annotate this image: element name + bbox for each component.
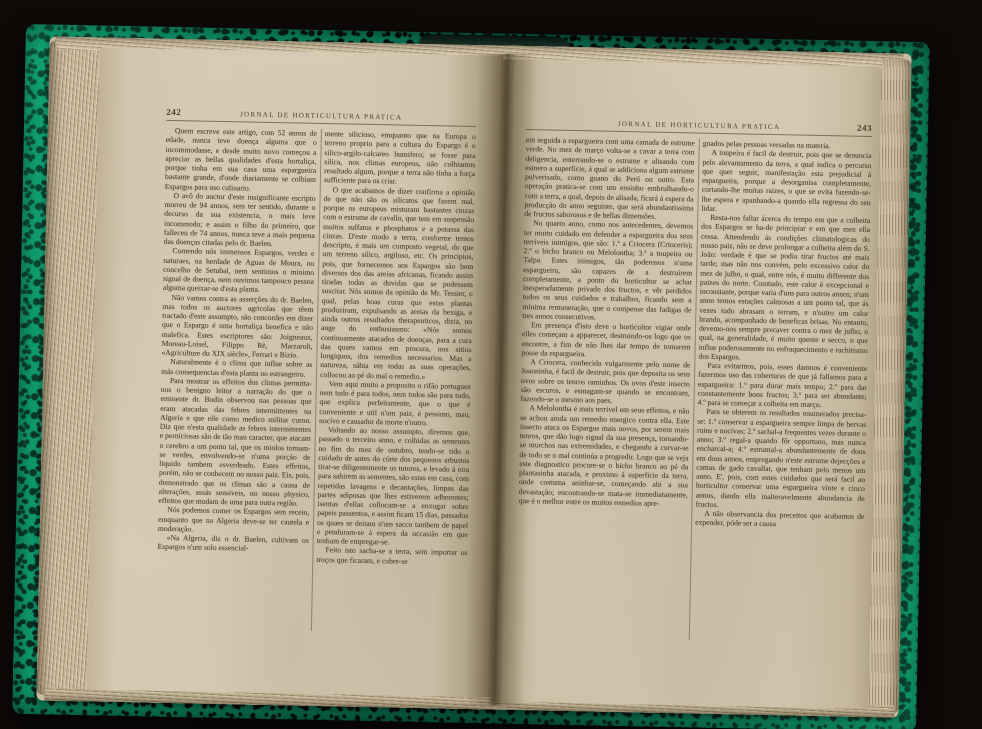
left-column-2: mente silicioso, emquanto que na Europa … [315, 129, 476, 634]
right-column-2: goados pelas pessoas versadas na materia… [693, 139, 872, 644]
paragraph: mente silicioso, emquanto que na Europa … [324, 129, 476, 188]
paragraph: O avô do auctor d'este insignificante es… [164, 191, 316, 250]
paragraph: Feito isto sacha-se a terra, sem importa… [316, 545, 467, 567]
right-page-columns: em seguida a espargueira com uma camada … [516, 135, 872, 644]
right-page: JORNAL DE HORTICULTURA PRATICA 243 em se… [490, 60, 881, 709]
paragraph: Para mostrar os effeitos dos climas perm… [158, 376, 312, 509]
paragraph: Em presença d'isto deve o horticultor vi… [521, 320, 691, 360]
paragraph: Voltando ao nosso assumpto, diremos que,… [317, 425, 470, 548]
right-page-print: JORNAL DE HORTICULTURA PRATICA 243 em se… [490, 60, 881, 709]
left-running-head: 242 JORNAL DE HORTICULTURA PRATICA [166, 107, 476, 127]
paragraph: Nós podemos comer os Espargos sem receio… [158, 505, 310, 536]
right-running-head: JORNAL DE HORTICULTURA PRATICA 243 [526, 116, 872, 137]
paragraph: A Melolontha é mais terrivel em seus eff… [518, 403, 689, 508]
left-column-1: Quem escreve este artigo, com 52 annos d… [156, 126, 317, 631]
paragraph: Comendo nós immensos Espargos, verdes e … [163, 246, 315, 295]
open-book: 242 JORNAL DE HORTICULTURA PRATICA Quem … [12, 24, 930, 729]
paragraph: Vem aqui muito a proposito o rifão portu… [319, 379, 471, 428]
paragraph: Para se obterem os resultados enumerados… [695, 407, 866, 512]
paragraph: Para evitarmos, pois, esses damnos é con… [697, 361, 867, 411]
page-block: 242 JORNAL DE HORTICULTURA PRATICA Quem … [36, 36, 911, 717]
paragraph: A não observancia dos preceitos que acab… [695, 509, 864, 531]
left-page-columns: Quem escreve este artigo, com 52 annos d… [156, 126, 476, 634]
paragraph: A toupeira é facil de destruir, pois que… [701, 148, 871, 216]
right-page-number: 243 [857, 123, 872, 133]
paragraph: O que acabamos de dizer confirma a opini… [320, 185, 475, 382]
paragraph: A Criocera, conhecida vulgarmente pelo n… [520, 357, 690, 407]
right-column-1: em seguida a espargueira com uma camada … [516, 135, 695, 640]
paragraph: Resta-nos fallar ácerca do tempo em que … [698, 213, 870, 364]
right-journal-title: JORNAL DE HORTICULTURA PRATICA [526, 116, 872, 133]
paragraph: Não vamos contra as asserções do dr. Bae… [161, 292, 313, 360]
left-page-print: 242 JORNAL DE HORTICULTURA PRATICA Quem … [87, 47, 504, 697]
paragraph: No quarto anno, como nos antecedentes, d… [522, 218, 693, 323]
left-journal-title: JORNAL DE HORTICULTURA PRATICA [166, 107, 476, 123]
paragraph: «Na Algeria, diz o dr. Baelen, cultivam … [157, 533, 308, 555]
left-page: 242 JORNAL DE HORTICULTURA PRATICA Quem … [87, 47, 504, 697]
left-page-number: 242 [166, 107, 181, 117]
paragraph: em seguida a espargueira com uma camada … [524, 135, 695, 222]
photo-background: 242 JORNAL DE HORTICULTURA PRATICA Quem … [0, 0, 982, 729]
paragraph: Quem escreve este artigo, com 52 annos d… [165, 126, 317, 194]
